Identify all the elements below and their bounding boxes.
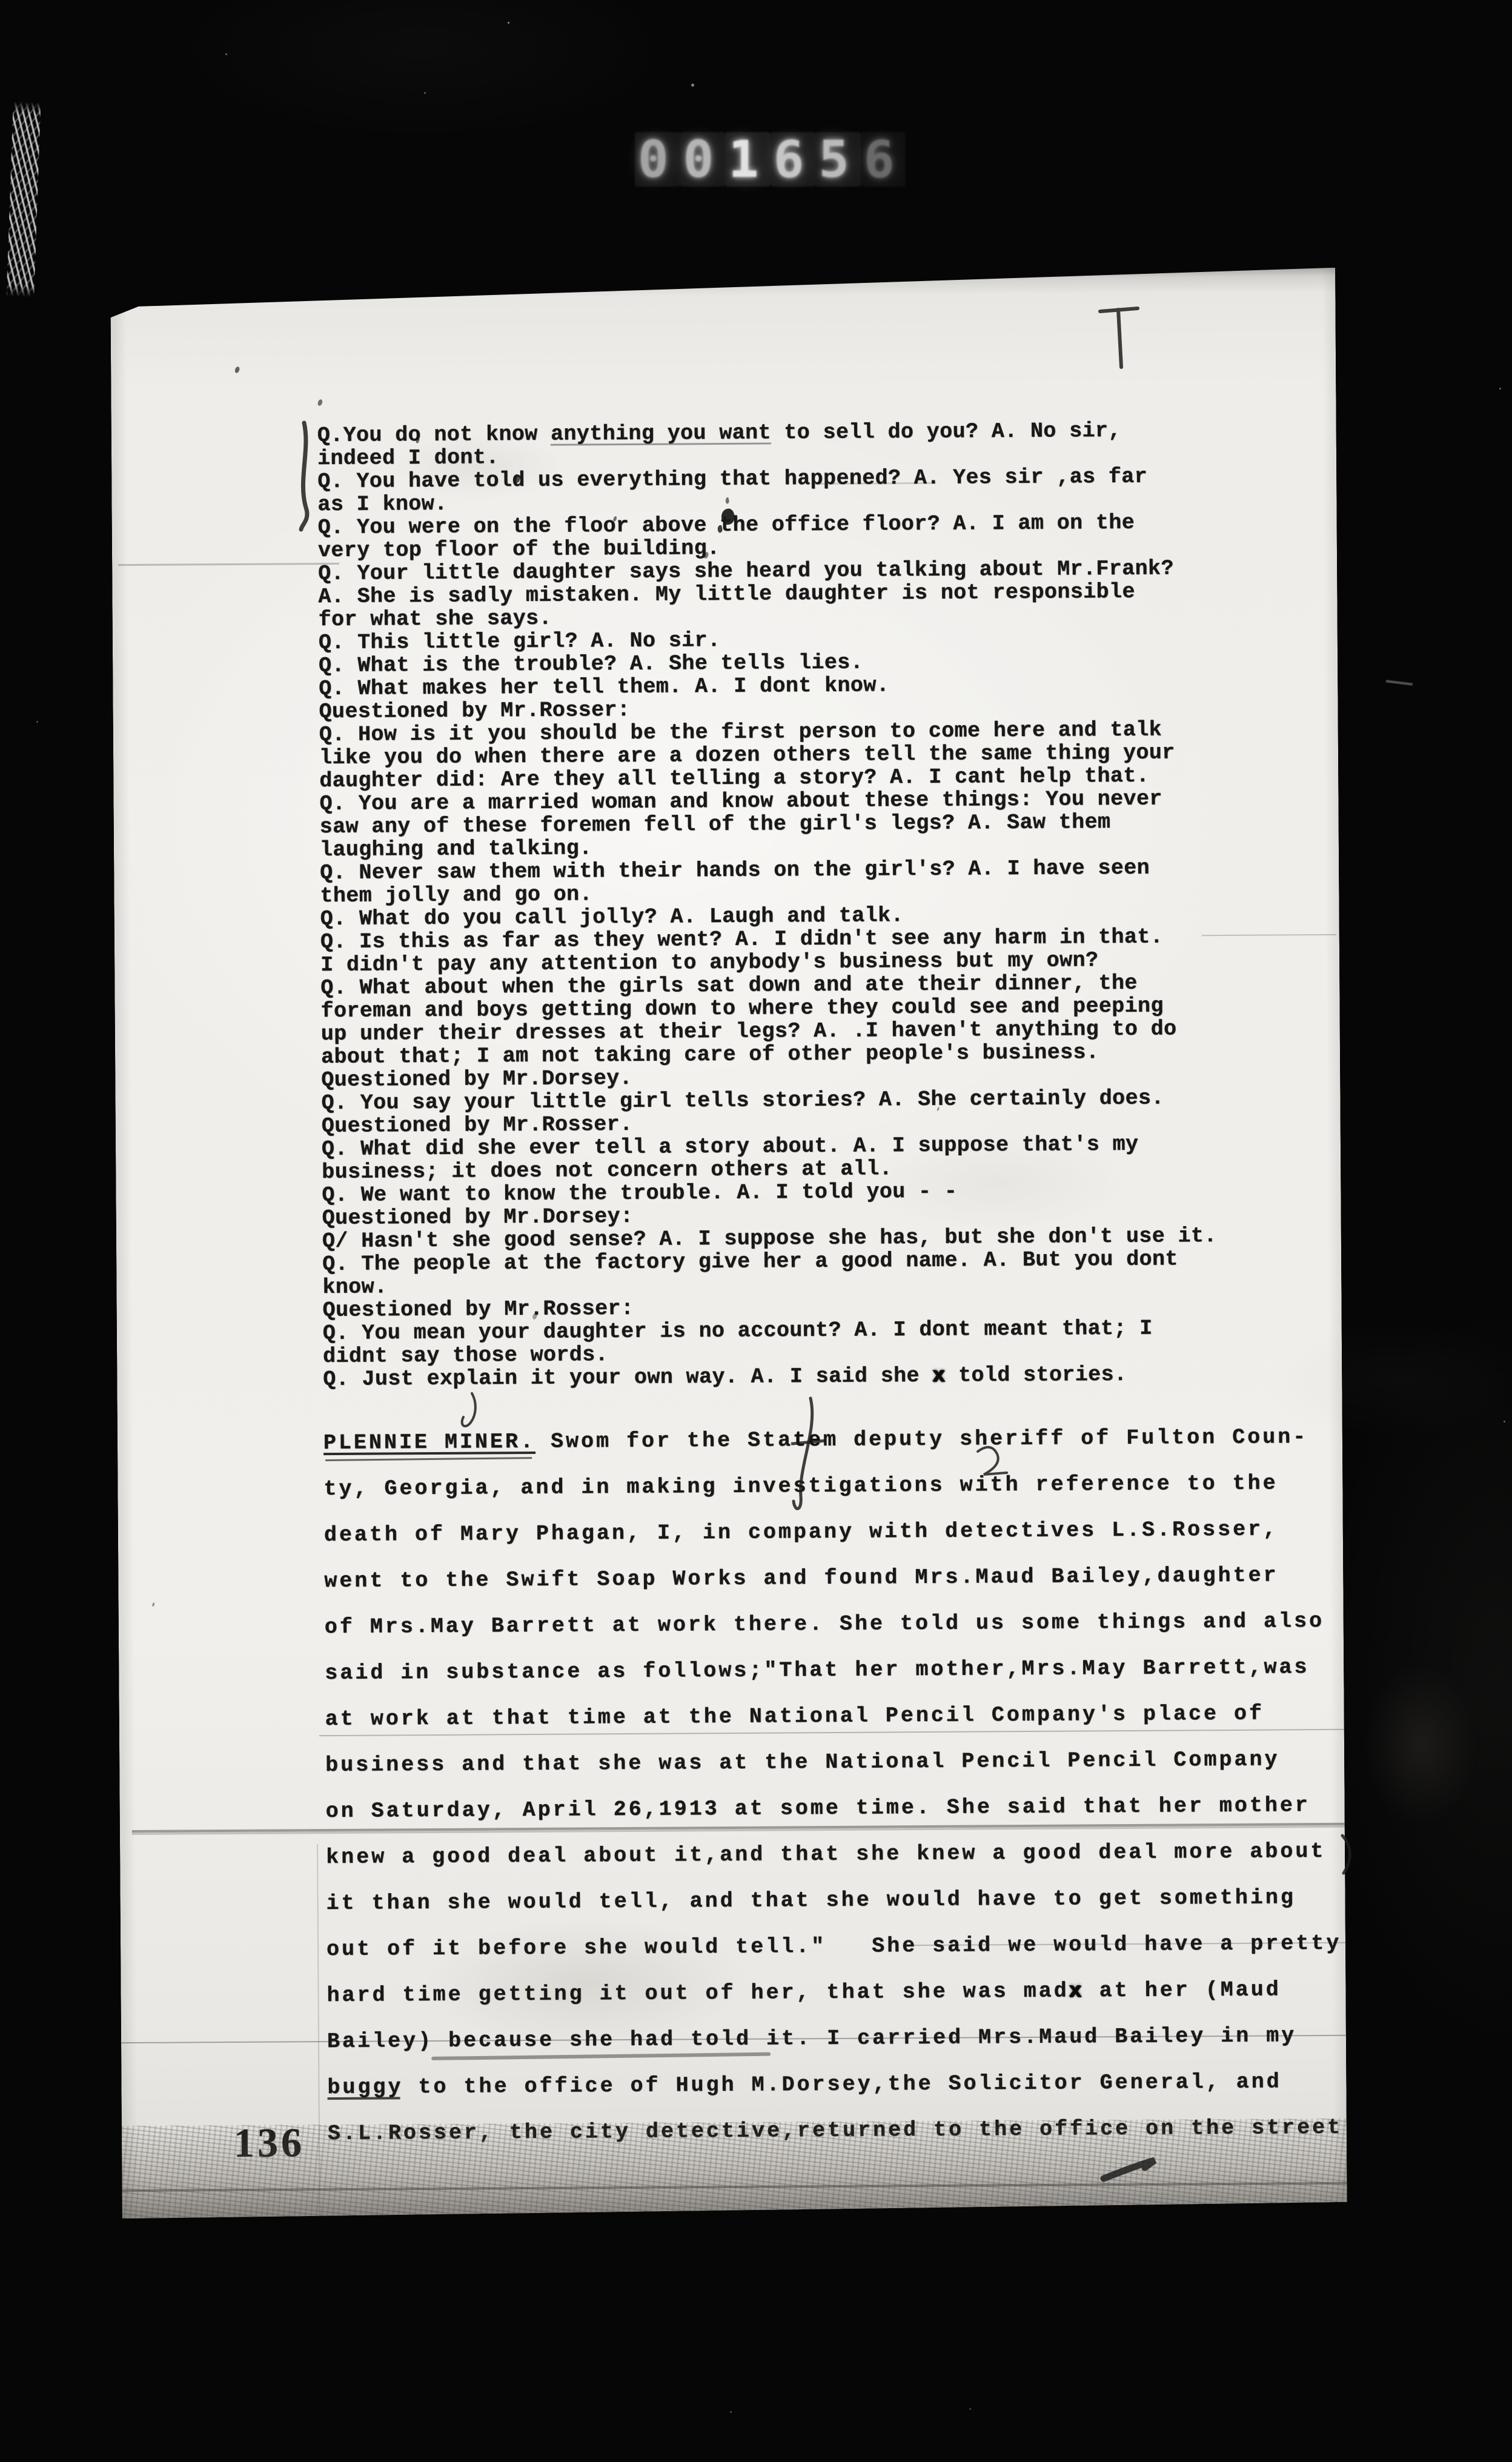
stamp-digit: 0 bbox=[680, 132, 726, 187]
text-segment-smear: anything you want bbox=[551, 421, 771, 446]
document-line: it than she would tell, and that she wou… bbox=[326, 1885, 1341, 1937]
document-line: buggy to the office of Hugh M.Dorsey,the… bbox=[327, 2069, 1342, 2122]
text-segment: them jolly and go on. bbox=[320, 882, 592, 908]
document-line: Q. Never saw them with their hands on th… bbox=[320, 856, 1215, 884]
text-segment: ty, Georgia, and in making investigation… bbox=[323, 1471, 1278, 1501]
text-segment: Q. You were on the floor above the offic… bbox=[318, 511, 1135, 540]
text-segment: Q.You do not know bbox=[317, 422, 551, 448]
document-line: said in substance as follows;"That her m… bbox=[325, 1655, 1340, 1707]
text-segment: Questioned by Mr.Dorsey. bbox=[321, 1066, 632, 1092]
text-segment: Q. Just explain it your own way. A. I sa… bbox=[323, 1364, 932, 1392]
text-segment: Bailey) because she had told it. I carri… bbox=[327, 2023, 1296, 2054]
text-segment: at work at that time at the National Pen… bbox=[325, 1702, 1264, 1731]
text-segment: to sell do you? A. No sir, bbox=[771, 419, 1121, 445]
document-line: Q. You were on the floor above the offic… bbox=[318, 511, 1213, 539]
text-segment: A. She is sadly mistaken. My little daug… bbox=[318, 580, 1135, 609]
text-segment: it than she would tell, and that she wou… bbox=[326, 1885, 1295, 1916]
dust-specks bbox=[508, 22, 509, 24]
text-segment: business and that she was at the Nationa… bbox=[325, 1747, 1279, 1777]
document-line: out of it before she would tell." She sa… bbox=[327, 1931, 1342, 1983]
text-segment: Questioned by Mr.Rosser: bbox=[323, 1296, 634, 1322]
stamp-digit: 6 bbox=[861, 132, 906, 187]
ink-smear bbox=[1202, 934, 1336, 936]
document-line: Q. You mean your daughter is no account?… bbox=[323, 1316, 1218, 1345]
stamp-digit: 1 bbox=[725, 132, 771, 187]
document-line: Q. Just explain it your own way. A. I sa… bbox=[323, 1362, 1218, 1391]
text-segment: m deputy sheriff of Fulton Coun- bbox=[823, 1425, 1308, 1452]
document-line: Bailey) because she had told it. I carri… bbox=[327, 2023, 1342, 2075]
document-line: ty, Georgia, and in making investigation… bbox=[323, 1471, 1339, 1523]
text-segment: Swom for the Sta bbox=[535, 1428, 793, 1454]
document-line: at work at that time at the National Pen… bbox=[325, 1701, 1341, 1753]
text-segment: laughing and talking. bbox=[320, 836, 592, 862]
text-segment: Q. You have told us everything that happ… bbox=[317, 465, 1147, 494]
text-segment: didnt say those words. bbox=[323, 1342, 608, 1369]
text-segment: about that; I am not taking care of othe… bbox=[321, 1040, 1099, 1069]
scan-line bbox=[122, 2182, 1347, 2192]
text-segment: Q. You say your little girl tells storie… bbox=[321, 1086, 1164, 1115]
document-line: Q. You say your little girl tells storie… bbox=[321, 1086, 1216, 1115]
ink-specks bbox=[234, 366, 240, 374]
text-segment-blot: x bbox=[932, 1364, 946, 1388]
text-segment: hard time getting it out of her, that sh… bbox=[327, 1979, 1069, 2008]
document-line: on Saturday, April 26,1913 at some time.… bbox=[326, 1793, 1341, 1845]
text-segment: Q. Never saw them with their hands on th… bbox=[320, 856, 1150, 885]
text-segment: very top floor of the building. bbox=[318, 536, 720, 563]
page-number: 136 bbox=[234, 2122, 305, 2163]
text-segment-u: buggy bbox=[327, 2075, 403, 2100]
document-line: went to the Swift Soap Works and found M… bbox=[324, 1563, 1339, 1615]
qa-transcript-section: Q.You do not know anything you want to s… bbox=[317, 419, 1218, 1391]
text-segment: Q. What makes her tell them. A. I dont k… bbox=[319, 673, 889, 701]
text-segment: Questioned by Mr.Rosser: bbox=[319, 698, 630, 724]
text-segment-uu: PLENNIE MINER. bbox=[323, 1430, 535, 1455]
text-segment: Q. We want to know the trouble. A. I tol… bbox=[322, 1180, 957, 1207]
film-blotch bbox=[1345, 1636, 1496, 1854]
scanned-microfilm-frame: 001656 Q.You do not know anything you wa… bbox=[0, 0, 1512, 2462]
document-line: PLENNIE MINER. Swom for the Statem deput… bbox=[323, 1425, 1339, 1477]
text-segment: know. bbox=[322, 1275, 387, 1299]
document-page: Q.You do not know anything you want to s… bbox=[110, 268, 1347, 2218]
text-segment: went to the Swift Soap Works and found M… bbox=[324, 1563, 1278, 1593]
document-line: Q. The people at the factory give her a … bbox=[322, 1247, 1217, 1276]
document-line: A. She is sadly mistaken. My little daug… bbox=[318, 580, 1213, 608]
stamp-digit: 0 bbox=[635, 132, 680, 187]
text-segment: saw any of these foremen fell of the gir… bbox=[320, 810, 1111, 839]
text-segment: Q. This little girl? A. No sir. bbox=[319, 628, 721, 655]
text-segment: Q. What did she ever tell a story about.… bbox=[322, 1132, 1139, 1161]
text-segment: to the office of Hugh M.Dorsey,the Solic… bbox=[403, 2069, 1281, 2099]
stamp-digit: 6 bbox=[771, 132, 816, 187]
document-line: of Mrs.May Barrett at work there. She to… bbox=[325, 1609, 1340, 1661]
text-segment: said in substance as follows;"That her m… bbox=[325, 1655, 1309, 1685]
text-segment: at her (Maud bbox=[1084, 1977, 1281, 2003]
document-line: business and that she was at the Nationa… bbox=[325, 1747, 1341, 1799]
text-segment: Q. You mean your daughter is no account?… bbox=[323, 1316, 1153, 1345]
text-segment: Questioned by Mr.Rosser. bbox=[322, 1112, 633, 1138]
text-segment: Questioned by Mr.Dorsey: bbox=[322, 1204, 634, 1230]
document-line: Q.You do not know anything you want to s… bbox=[317, 419, 1212, 447]
document-line: Q. You have told us everything that happ… bbox=[317, 465, 1212, 493]
document-line: hard time getting it out of her, that sh… bbox=[327, 1977, 1342, 2029]
witness-statement-section: PLENNIE MINER. Swom for the Statem deput… bbox=[323, 1425, 1343, 2168]
document-line: S.L.Rosser, the city detective,returned … bbox=[328, 2115, 1343, 2168]
document-line: knew a good deal about it,and that she k… bbox=[326, 1839, 1341, 1891]
text-segment: as I know. bbox=[317, 492, 447, 517]
text-segment: for what she says. bbox=[319, 606, 552, 632]
text-segment-strike: te bbox=[793, 1428, 823, 1452]
document-line: Q. What did she ever tell a story about.… bbox=[322, 1132, 1216, 1161]
text-segment-blot: x bbox=[1069, 1979, 1084, 2003]
ink-smear bbox=[118, 563, 339, 566]
film-edge-dash bbox=[1386, 680, 1413, 685]
text-segment: death of Mary Phagan, I, in company with… bbox=[324, 1517, 1278, 1547]
stamp-digit: 5 bbox=[815, 132, 861, 187]
film-edge-scribble bbox=[6, 101, 41, 297]
document-line: saw any of these foremen fell of the gir… bbox=[320, 810, 1215, 838]
document-line: death of Mary Phagan, I, in company with… bbox=[324, 1517, 1339, 1569]
frame-number-stamp: 001656 bbox=[635, 132, 906, 187]
text-segment: indeed I dont. bbox=[317, 445, 499, 471]
text-segment: on Saturday, April 26,1913 at some time.… bbox=[326, 1793, 1310, 1823]
text-segment: told stories. bbox=[946, 1362, 1127, 1388]
document-line: about that; I am not taking care of othe… bbox=[321, 1040, 1216, 1069]
page-crease bbox=[317, 1844, 320, 2215]
